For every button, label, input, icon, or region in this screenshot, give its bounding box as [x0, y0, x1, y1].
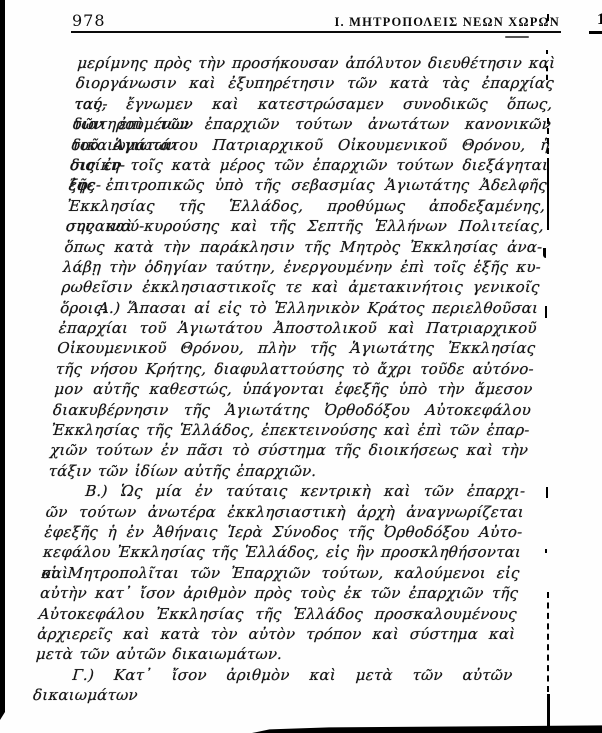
manuscript-line: ῶν τούτων ἀνωτέρα ἐκκλησιαστικὴ ἀρχὴ ἀνα…: [45, 502, 524, 522]
handwritten-text-block: μερίμνης πρὸς τὴν προσήκουσαν ἀπόλυτον δ…: [34, 53, 556, 685]
scanned-page: 978 Ι. ΜΗΤΡΟΠΟΛΕΙΣ ΝΕΩΝ ΧΩΡΩΝ μερίμνης π…: [0, 0, 602, 733]
manuscript-line: ξῆς ἐπιτροπικῶς ὑπὸ τῆς σεβασμίας Ἁγιωτά…: [68, 175, 547, 195]
manuscript-line: Αὐτοκεφάλου Ἐκκλησίας τῆς Ἑλλάδος προσκα…: [38, 604, 517, 624]
header-rule: [71, 31, 561, 33]
manuscript-line: τοῦ Ἁγιωτάτου Πατριαρχικοῦ Οἰκουμενικοῦ …: [71, 135, 550, 155]
manuscript-line: τῆς νήσου Κρήτης, διαφυλαττούσης τὸ ἄχρι…: [55, 359, 534, 379]
scan-edge-left: [0, 0, 5, 712]
manuscript-line: Α.) Ἅπασαι αἱ εἰς τὸ Ἑλληνικὸν Κράτος πε…: [59, 298, 538, 318]
manuscript-line: μον αὐτῆς καθεστώς, ὑπάγονται ἐφεξῆς ὑπὸ…: [54, 379, 533, 399]
gutter-mark: [546, 487, 548, 498]
scan-edge-bottom: [252, 725, 602, 733]
gutter-mark: [547, 118, 551, 164]
gutter-mark: [543, 248, 546, 258]
manuscript-line: σις ἐν τοῖς κατὰ μέρος τῶν ἐπαρχιῶν τούτ…: [69, 155, 548, 175]
next-page-header-rule: [589, 31, 602, 34]
manuscript-line: μετὰ τῶν αὐτῶν δικαιωμάτων.: [35, 644, 514, 664]
running-title: Ι. ΜΗΤΡΟΠΟΛΕΙΣ ΝΕΩΝ ΧΩΡΩΝ: [334, 15, 560, 30]
manuscript-line: τας, ἔγνωμεν καὶ κατεστρώσαμεν συνοδικῶς…: [74, 94, 553, 114]
page-number: 978: [72, 11, 106, 30]
gutter-mark: [545, 306, 549, 318]
manuscript-line: χιῶν τούτων ἐν πᾶσι τὸ σύστημα τῆς διοικ…: [49, 440, 528, 460]
manuscript-line: διοργάνωσιν καὶ ἐξυπηρέτησιν τῶν κατὰ τὰ…: [75, 73, 554, 93]
gutter-mark: [547, 164, 549, 230]
manuscript-line: σης καὶ κυρούσης καὶ τῆς Σεπτῆς Ἑλλήνων …: [65, 216, 544, 236]
manuscript-line: οἱ Μητροπολῖται τῶν Ἐπαρχιῶν τούτων, καλ…: [41, 563, 520, 583]
manuscript-line: ἐπαρχίαι τοῦ Ἁγιωτάτου Ἀποστολικοῦ καὶ Π…: [58, 318, 537, 338]
manuscript-line: ἀρχιερεῖς καὶ κατὰ τὸν αὐτὸν τρόπον καὶ …: [37, 624, 516, 644]
gutter-mark: [547, 592, 551, 692]
gutter-mark: [545, 549, 547, 553]
manuscript-line: λάβῃ τὴν ὁδηγίαν ταύτην, ἐνεργουμένην ἐπ…: [62, 257, 541, 277]
gutter-mark: [547, 14, 549, 21]
next-page-number-fragment: 1: [597, 11, 602, 29]
manuscript-line: ρωθεῖσιν ἐκκλησιαστικοῖς τε καὶ ἀμετακιν…: [61, 277, 540, 297]
scan-edge-left-tip: [0, 712, 5, 720]
manuscript-line: Ἐκκλησίας τῆς Ἑλλάδος, ἐπεκτεινούσης καὶ…: [51, 420, 530, 440]
manuscript-line: Γ.) Κατ᾿ ἴσον ἀριθμὸν καὶ μετὰ τῶν αὐτῶν…: [34, 665, 513, 685]
manuscript-line: αὐτὴν κατ᾿ ἴσον ἀριθμὸν πρὸς τοὺς ἐκ τῶν…: [40, 583, 519, 603]
gutter-mark: [546, 66, 550, 80]
ink-smudge: [505, 36, 529, 38]
manuscript-line: Ἐκκλησίας τῆς Ἑλλάδος, προθύμως ἀποδεξαμ…: [67, 196, 546, 216]
manuscript-line: ἐφεξῆς ἡ ἐν Ἀθήναις Ἱερὰ Σύνοδος τῆς Ὀρθ…: [44, 522, 523, 542]
gutter-mark: [547, 694, 550, 726]
gutter-mark: [546, 50, 548, 54]
manuscript-line: μερίμνης πρὸς τὴν προσήκουσαν ἀπόλυτον δ…: [77, 53, 556, 73]
manuscript-line: ὅπως κατὰ τὴν παράκλησιν τῆς Μητρὸς Ἐκκλ…: [64, 237, 543, 257]
manuscript-line: διακυβέρνησιν τῆς Ἁγιωτάτης Ὀρθοδόξου Αὐ…: [52, 400, 531, 420]
manuscript-line: τῶν ἐπὶ τῶν ἐπαρχιῶν τούτων ἀνωτάτων καν…: [72, 114, 551, 134]
manuscript-line: κεφάλου Ἐκκλησίας τῆς Ἑλλάδος, εἰς ἣν πρ…: [42, 542, 521, 562]
manuscript-line: τάξιν τῶν ἰδίων αὐτῆς ἐπαρχιῶν.: [48, 461, 527, 481]
manuscript-line: Οἰκουμενικοῦ Θρόνου, πλὴν τῆς Ἁγιωτάτης …: [57, 338, 536, 358]
manuscript-line: Β.) Ὡς μία ἐν ταύταις κεντρικὴ καὶ τῶν ἐ…: [47, 481, 526, 501]
